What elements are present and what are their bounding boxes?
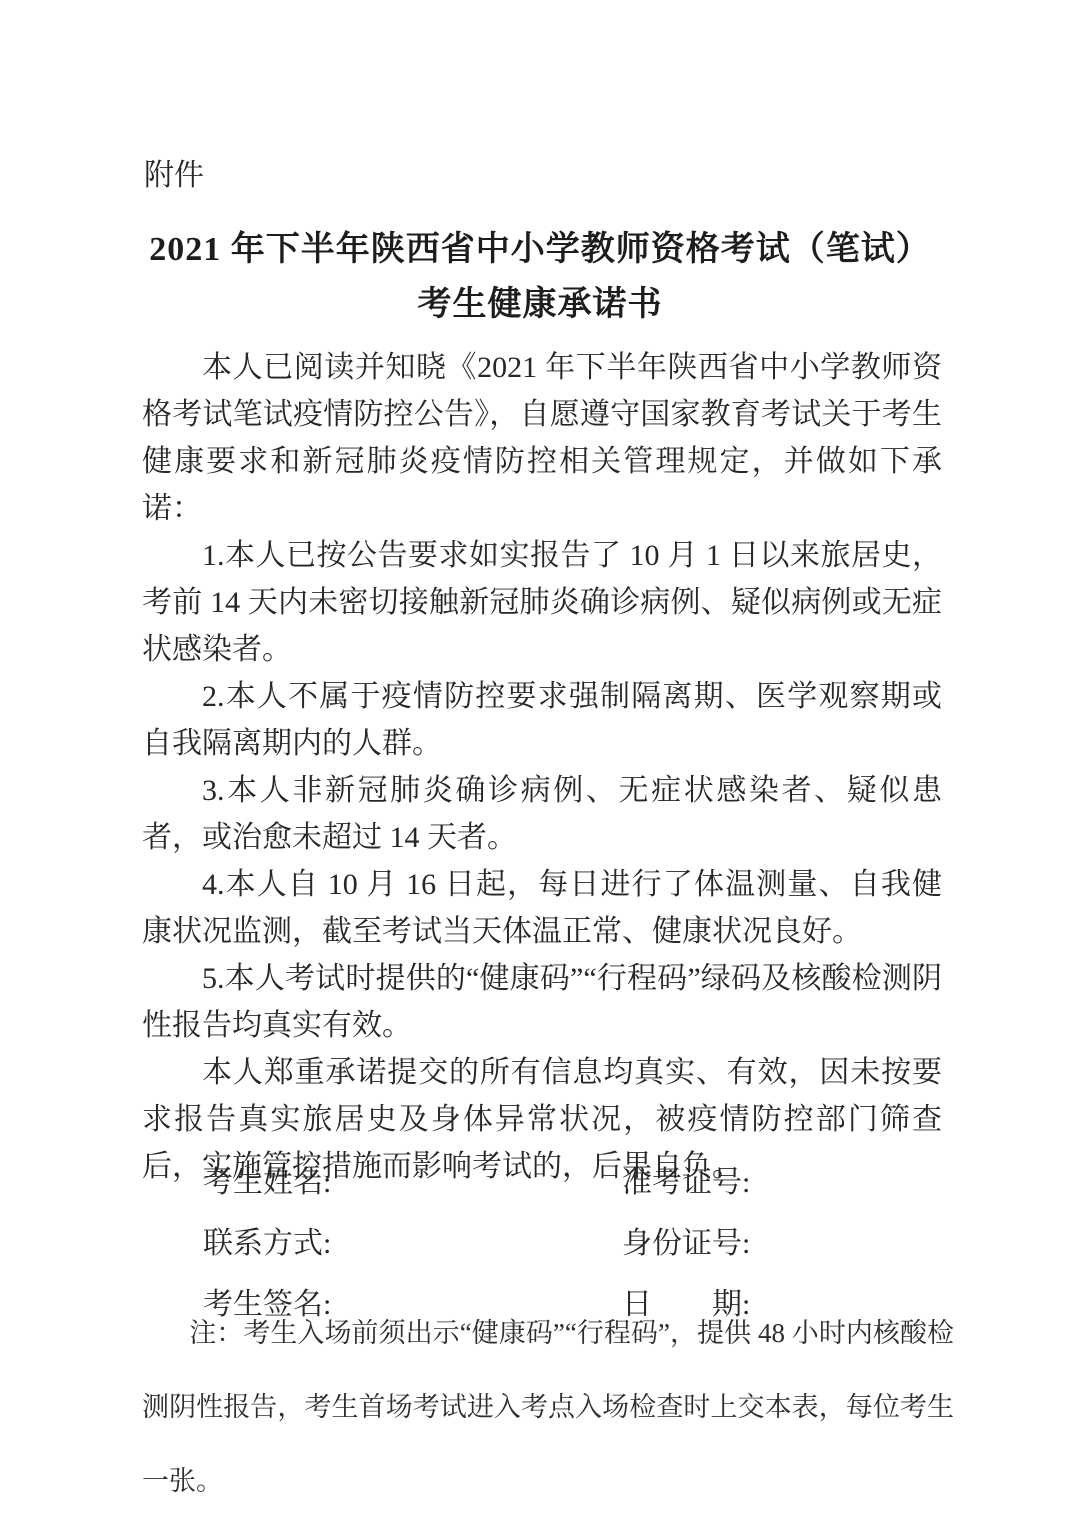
commitment-item-2: 2.本人不属于疫情防控要求强制隔离期、医学观察期或自我隔离期内的人群。	[142, 673, 942, 767]
intro-paragraph: 本人已阅读并知晓《2021 年下半年陕西省中小学教师资格考试笔试疫情防控公告》，…	[142, 344, 942, 532]
candidate-name-label: 考生姓名:	[203, 1152, 331, 1213]
contact-info-label: 联系方式:	[203, 1213, 331, 1274]
document-title-line-1: 2021 年下半年陕西省中小学教师资格考试（笔试）	[70, 222, 1010, 277]
scanned-document-page: 附件 2021 年下半年陕西省中小学教师资格考试（笔试） 考生健康承诺书 本人已…	[0, 0, 1080, 1527]
document-title-line-2: 考生健康承诺书	[70, 277, 1010, 332]
admission-ticket-number-label: 准考证号:	[622, 1152, 750, 1213]
footnote: 注：考生入场前须出示“健康码”“行程码”，提供 48 小时内核酸检测阴性报告，考…	[142, 1296, 954, 1518]
commitment-item-4: 4.本人自 10 月 16 日起，每日进行了体温测量、自我健康状况监测，截至考试…	[142, 861, 942, 955]
attachment-label: 附件	[144, 156, 204, 196]
commitment-item-1: 1.本人已按公告要求如实报告了 10 月 1 日以来旅居史，考前 14 天内未密…	[142, 532, 942, 673]
form-row-name-ticket: 考生姓名: 准考证号:	[142, 1152, 942, 1213]
id-number-label: 身份证号:	[622, 1213, 750, 1274]
document-body: 本人已阅读并知晓《2021 年下半年陕西省中小学教师资格考试笔试疫情防控公告》，…	[142, 344, 942, 1190]
document-title: 2021 年下半年陕西省中小学教师资格考试（笔试） 考生健康承诺书	[70, 222, 1010, 332]
commitment-item-5: 5.本人考试时提供的“健康码”“行程码”绿码及核酸检测阴性报告均真实有效。	[142, 955, 942, 1049]
commitment-item-3: 3.本人非新冠肺炎确诊病例、无症状感染者、疑似患者，或治愈未超过 14 天者。	[142, 767, 942, 861]
form-row-contact-id: 联系方式: 身份证号:	[142, 1213, 942, 1274]
